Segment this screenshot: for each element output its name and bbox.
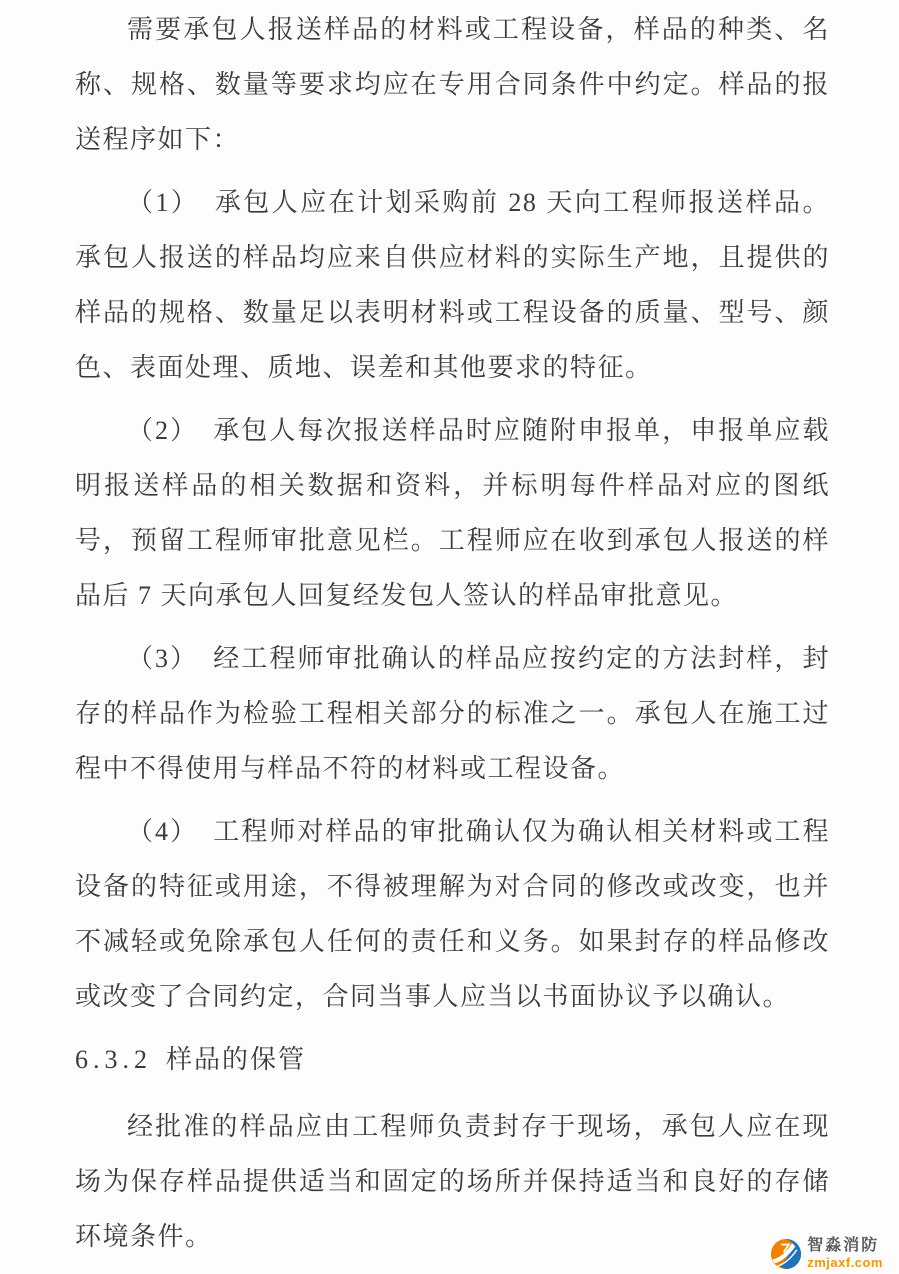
- paragraph-item-1: （1） 承包人应在计划采购前 28 天向工程师报送样品。承包人报送的样品均应来自…: [75, 175, 830, 395]
- brand-name: 智淼消防: [807, 1237, 883, 1255]
- document-page: 需要承包人报送样品的材料或工程设备，样品的种类、名称、规格、数量等要求均应在专用…: [0, 0, 899, 1274]
- section-title: 样品的保管: [166, 1045, 306, 1074]
- paragraph-item-3: （3） 经工程师审批确认的样品应按约定的方法封样，封存的样品作为检验工程相关部分…: [75, 631, 830, 796]
- section-heading: 6.3.2样品的保管: [75, 1032, 830, 1087]
- paragraph-item-4: （4） 工程师对样品的审批确认仅为确认相关材料或工程设备的特征或用途，不得被理解…: [75, 804, 830, 1024]
- brand-watermark: 智淼消防 zmjaxf.com: [770, 1237, 883, 1270]
- paragraph-closing: 经批准的样品应由工程师负责封存于现场，承包人应在现场为保存样品提供适当和固定的场…: [75, 1099, 830, 1264]
- brand-logo-icon: [770, 1238, 802, 1270]
- section-number: 6.3.2: [75, 1045, 152, 1074]
- paragraph-item-2: （2） 承包人每次报送样品时应随附申报单，申报单应载明报送样品的相关数据和资料，…: [75, 403, 830, 623]
- paragraph-intro: 需要承包人报送样品的材料或工程设备，样品的种类、名称、规格、数量等要求均应在专用…: [75, 2, 830, 167]
- brand-text: 智淼消防 zmjaxf.com: [807, 1237, 883, 1270]
- brand-domain: zmjaxf.com: [807, 1255, 883, 1270]
